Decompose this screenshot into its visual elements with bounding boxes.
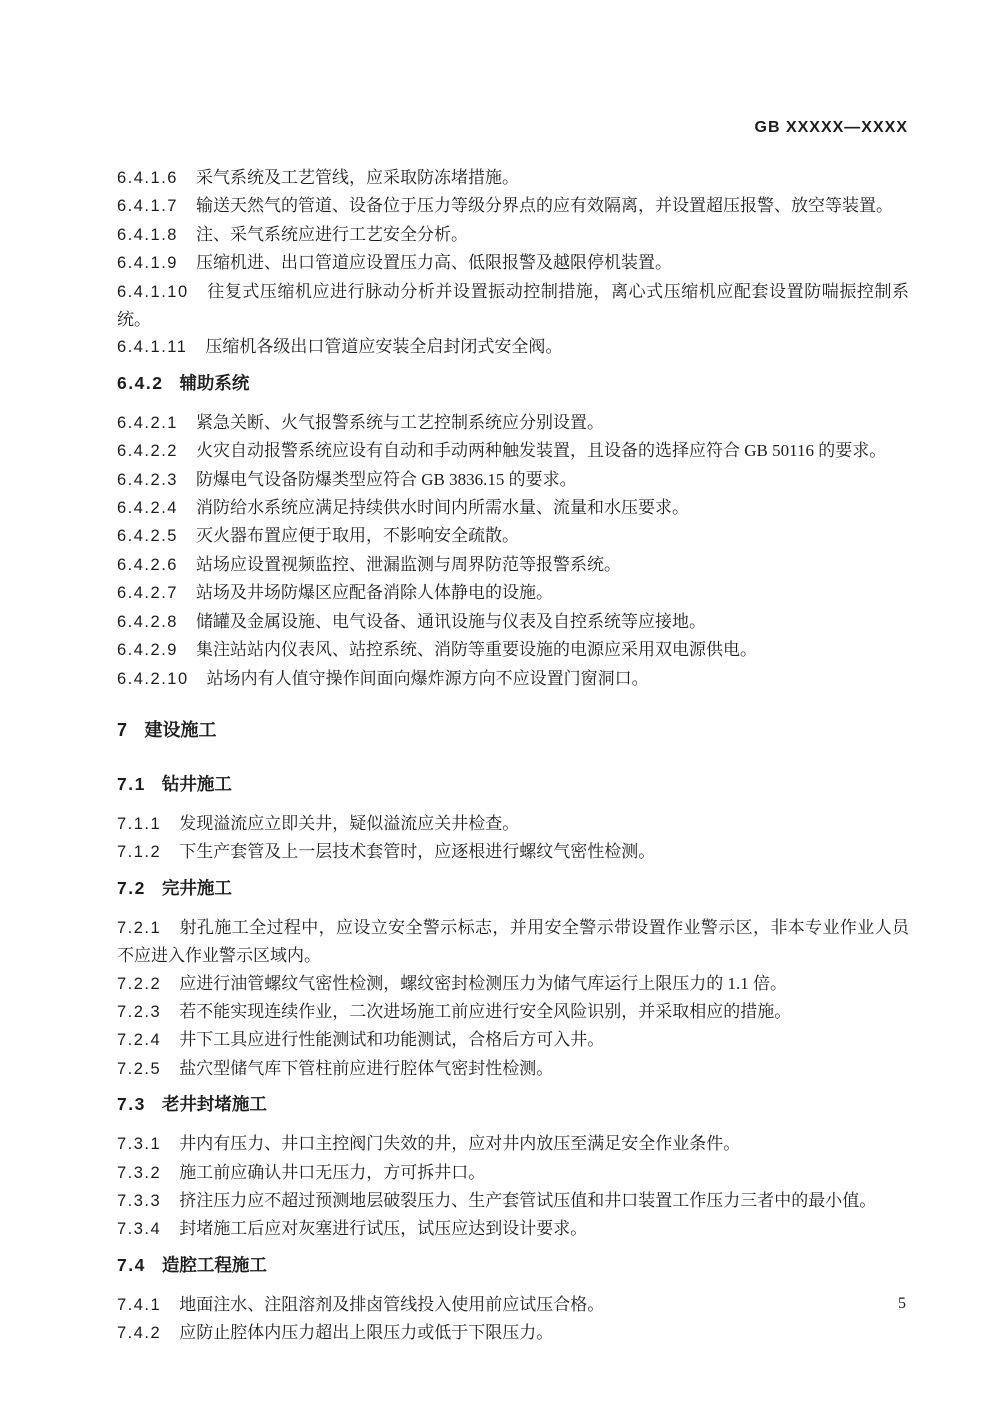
section-heading-7-4: 7.4造腔工程施工 [117, 1251, 909, 1279]
clause-text: 紧急关断、火气报警系统与工艺控制系统应分别设置。 [196, 413, 604, 432]
clause-text: 站场及井场防爆区应配备消除人体静电的设施。 [196, 583, 553, 602]
clause-text: 井内有压力、井口主控阀门失效的井，应对井内放压至满足安全作业条件。 [179, 1134, 740, 1153]
clause-7-4-1: 7.4.1地面注水、注阻溶剂及排卤管线投入使用前应试压合格。 [117, 1291, 909, 1319]
clause-7-3-3: 7.3.3挤注压力应不超过预测地层破裂压力、生产套管试压值和井口装置工作压力三者… [117, 1187, 909, 1215]
clause-6-4-1-9: 6.4.1.9压缩机进、出口管道应设置压力高、低限报警及越限停机装置。 [117, 249, 909, 277]
clause-number: 6.4.1.6 [117, 169, 178, 187]
clause-text: 采气系统及工艺管线，应采取防冻堵措施。 [196, 168, 519, 187]
heading-text: 完井施工 [162, 878, 232, 898]
clause-text: 盐穴型储气库下管柱前应进行腔体气密封性检测。 [179, 1059, 553, 1078]
clause-number: 7.2.2 [117, 975, 161, 993]
clause-6-4-2-10: 6.4.2.10站场内有人值守操作间面向爆炸源方向不应设置门窗洞口。 [117, 665, 909, 693]
clause-number: 7.4.1 [117, 1296, 161, 1314]
heading-number: 7.2 [117, 878, 146, 898]
clause-text: 井下工具应进行性能测试和功能测试，合格后方可入井。 [179, 1030, 604, 1049]
clause-number: 7.2.3 [117, 1003, 161, 1021]
clause-number: 6.4.1.10 [117, 283, 189, 301]
clause-7-2-2: 7.2.2应进行油管螺纹气密性检测，螺纹密封检测压力为储气库运行上限压力的 1.… [117, 970, 909, 998]
clause-6-4-2-8: 6.4.2.8储罐及金属设施、电气设备、通讯设施与仪表及自控系统等应接地。 [117, 608, 909, 636]
clause-text: 注、采气系统应进行工艺安全分析。 [196, 225, 468, 244]
clause-number: 6.4.2.1 [117, 414, 178, 432]
document-page: GB XXXXX—XXXX 6.4.1.6采气系统及工艺管线，应采取防冻堵措施。… [0, 0, 1000, 1414]
chapter-heading-7: 7建设施工 [117, 716, 909, 744]
clause-text: 消防给水系统应满足持续供水时间内所需水量、流量和水压要求。 [196, 498, 689, 517]
clause-7-2-1: 7.2.1射孔施工全过程中，应设立安全警示标志，并用安全警示带设置作业警示区，非… [117, 914, 909, 970]
clause-text: 防爆电气设备防爆类型应符合 GB 3836.15 的要求。 [196, 470, 577, 489]
heading-text: 钻井施工 [162, 774, 232, 794]
clause-text: 站场应设置视频监控、泄漏监测与周界防范等报警系统。 [196, 555, 621, 574]
heading-number: 6.4.2 [117, 373, 163, 393]
heading-number: 7.4 [117, 1255, 146, 1275]
clause-6-4-2-6: 6.4.2.6站场应设置视频监控、泄漏监测与周界防范等报警系统。 [117, 551, 909, 579]
clause-number: 7.4.2 [117, 1324, 161, 1342]
page-number: 5 [898, 1295, 906, 1313]
clause-number: 7.3.4 [117, 1220, 161, 1238]
clause-text: 火灾自动报警系统应设有自动和手动两种触发装置，且设备的选择应符合 GB 5011… [196, 441, 886, 460]
heading-text: 辅助系统 [179, 373, 249, 393]
clause-number: 6.4.2.10 [117, 670, 189, 688]
clause-number: 7.2.4 [117, 1031, 161, 1049]
clause-6-4-2-7: 6.4.2.7站场及井场防爆区应配备消除人体静电的设施。 [117, 579, 909, 607]
clause-number: 7.3.2 [117, 1164, 161, 1182]
clause-text: 射孔施工全过程中，应设立安全警示标志，并用安全警示带设置作业警示区，非本专业作业… [117, 918, 909, 965]
clause-7-3-2: 7.3.2施工前应确认井口无压力，方可拆井口。 [117, 1159, 909, 1187]
section-heading-6-4-2: 6.4.2辅助系统 [117, 369, 909, 397]
clause-6-4-2-1: 6.4.2.1紧急关断、火气报警系统与工艺控制系统应分别设置。 [117, 409, 909, 437]
clause-number: 6.4.1.8 [117, 226, 178, 244]
clause-number: 7.2.1 [117, 919, 161, 937]
clause-text: 集注站站内仪表风、站控系统、消防等重要设施的电源应采用双电源供电。 [196, 640, 757, 659]
clause-6-4-2-3: 6.4.2.3防爆电气设备防爆类型应符合 GB 3836.15 的要求。 [117, 466, 909, 494]
clause-6-4-1-10: 6.4.1.10往复式压缩机应进行脉动分析并设置振动控制措施，离心式压缩机应配套… [117, 278, 909, 334]
clause-number: 7.1.1 [117, 815, 161, 833]
clause-6-4-1-6: 6.4.1.6采气系统及工艺管线，应采取防冻堵措施。 [117, 164, 909, 192]
clause-text: 压缩机各级出口管道应安装全启封闭式安全阀。 [205, 337, 562, 356]
clause-number: 7.3.1 [117, 1135, 161, 1153]
clause-text: 往复式压缩机应进行脉动分析并设置振动控制措施，离心式压缩机应配套设置防喘振控制系… [117, 282, 909, 329]
clause-number: 6.4.2.5 [117, 527, 178, 545]
clause-7-3-4: 7.3.4封堵施工后应对灰塞进行试压，试压应达到设计要求。 [117, 1215, 909, 1243]
clause-text: 封堵施工后应对灰塞进行试压，试压应达到设计要求。 [179, 1219, 587, 1238]
clause-7-1-2: 7.1.2下生产套管及上一层技术套管时，应逐根进行螺纹气密性检测。 [117, 838, 909, 866]
clause-number: 6.4.2.8 [117, 613, 178, 631]
clause-7-2-5: 7.2.5盐穴型储气库下管柱前应进行腔体气密封性检测。 [117, 1055, 909, 1083]
heading-text: 造腔工程施工 [162, 1255, 267, 1275]
clause-7-4-2: 7.4.2应防止腔体内压力超出上限压力或低于下限压力。 [117, 1319, 909, 1347]
clause-text: 应进行油管螺纹气密性检测，螺纹密封检测压力为储气库运行上限压力的 1.1 倍。 [179, 974, 787, 993]
clause-number: 6.4.2.2 [117, 442, 178, 460]
clause-number: 6.4.2.3 [117, 471, 178, 489]
clause-number: 6.4.1.11 [117, 338, 187, 356]
clause-number: 6.4.1.9 [117, 254, 178, 272]
heading-text: 老井封堵施工 [162, 1094, 267, 1114]
clause-7-2-4: 7.2.4井下工具应进行性能测试和功能测试，合格后方可入井。 [117, 1026, 909, 1054]
clause-text: 输送天然气的管道、设备位于压力等级分界点的应有效隔离，并设置超压报警、放空等装置… [196, 196, 893, 215]
clause-text: 发现溢流应立即关井，疑似溢流应关井检查。 [179, 814, 519, 833]
clause-text: 地面注水、注阻溶剂及排卤管线投入使用前应试压合格。 [179, 1295, 604, 1314]
heading-number: 7.1 [117, 774, 146, 794]
clause-6-4-2-4: 6.4.2.4消防给水系统应满足持续供水时间内所需水量、流量和水压要求。 [117, 494, 909, 522]
clause-number: 6.4.2.7 [117, 584, 178, 602]
clause-text: 挤注压力应不超过预测地层破裂压力、生产套管试压值和井口装置工作压力三者中的最小值… [179, 1191, 876, 1210]
section-heading-7-1: 7.1钻井施工 [117, 770, 909, 798]
clause-7-1-1: 7.1.1发现溢流应立即关井，疑似溢流应关井检查。 [117, 810, 909, 838]
clause-6-4-1-7: 6.4.1.7输送天然气的管道、设备位于压力等级分界点的应有效隔离，并设置超压报… [117, 192, 909, 220]
clause-number: 6.4.1.7 [117, 197, 178, 215]
clause-text: 若不能实现连续作业，二次进场施工前应进行安全风险识别，并采取相应的措施。 [179, 1002, 791, 1021]
clause-text: 下生产套管及上一层技术套管时，应逐根进行螺纹气密性检测。 [179, 842, 655, 861]
clause-number: 7.1.2 [117, 843, 161, 861]
clause-6-4-2-2: 6.4.2.2火灾自动报警系统应设有自动和手动两种触发装置，且设备的选择应符合 … [117, 437, 909, 465]
document-body: 6.4.1.6采气系统及工艺管线，应采取防冻堵措施。 6.4.1.7输送天然气的… [117, 164, 909, 1348]
clause-number: 7.3.3 [117, 1192, 161, 1210]
document-code: GB XXXXX—XXXX [755, 119, 909, 137]
clause-6-4-2-5: 6.4.2.5灭火器布置应便于取用，不影响安全疏散。 [117, 522, 909, 550]
heading-number: 7.3 [117, 1094, 146, 1114]
section-heading-7-3: 7.3老井封堵施工 [117, 1090, 909, 1118]
clause-text: 灭火器布置应便于取用，不影响安全疏散。 [196, 526, 519, 545]
clause-7-2-3: 7.2.3若不能实现连续作业，二次进场施工前应进行安全风险识别，并采取相应的措施… [117, 998, 909, 1026]
clause-number: 6.4.2.6 [117, 556, 178, 574]
heading-number: 7 [117, 720, 129, 740]
clause-text: 储罐及金属设施、电气设备、通讯设施与仪表及自控系统等应接地。 [196, 612, 706, 631]
heading-text: 建设施工 [145, 720, 217, 740]
clause-6-4-1-11: 6.4.1.11压缩机各级出口管道应安装全启封闭式安全阀。 [117, 333, 909, 361]
clause-text: 压缩机进、出口管道应设置压力高、低限报警及越限停机装置。 [196, 253, 672, 272]
clause-number: 6.4.2.4 [117, 499, 178, 517]
section-heading-7-2: 7.2完井施工 [117, 874, 909, 902]
clause-number: 7.2.5 [117, 1060, 161, 1078]
clause-6-4-2-9: 6.4.2.9集注站站内仪表风、站控系统、消防等重要设施的电源应采用双电源供电。 [117, 636, 909, 664]
clause-number: 6.4.2.9 [117, 641, 178, 659]
clause-7-3-1: 7.3.1井内有压力、井口主控阀门失效的井，应对井内放压至满足安全作业条件。 [117, 1130, 909, 1158]
clause-text: 站场内有人值守操作间面向爆炸源方向不应设置门窗洞口。 [207, 669, 649, 688]
clause-text: 施工前应确认井口无压力，方可拆井口。 [179, 1163, 485, 1182]
clause-text: 应防止腔体内压力超出上限压力或低于下限压力。 [179, 1323, 553, 1342]
clause-6-4-1-8: 6.4.1.8注、采气系统应进行工艺安全分析。 [117, 221, 909, 249]
